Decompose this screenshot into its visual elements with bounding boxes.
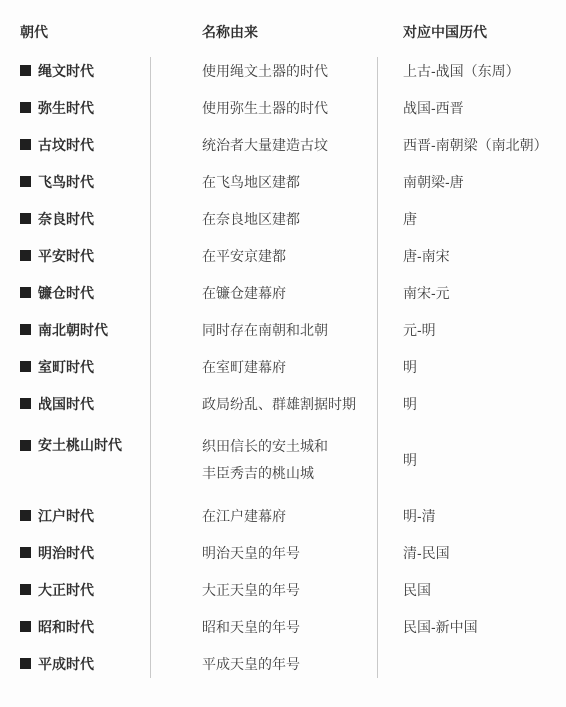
- origin-cell: 在江户建幕府: [150, 506, 377, 526]
- table-row: 平成时代 平成天皇的年号: [0, 645, 566, 682]
- column-divider-1: [150, 57, 151, 678]
- square-bullet-icon: [20, 510, 31, 521]
- era-label: 平成时代: [38, 654, 94, 674]
- china-cell: 清-民国: [377, 543, 566, 563]
- table-row: 室町时代 在室町建幕府 明: [0, 348, 566, 385]
- table-row: 绳文时代 使用绳文土器的时代 上古-战国（东周）: [0, 52, 566, 89]
- era-label: 战国时代: [38, 394, 94, 414]
- china-cell: 上古-战国（东周）: [377, 61, 566, 81]
- era-label: 绳文时代: [38, 61, 94, 81]
- origin-cell: 使用绳文土器的时代: [150, 61, 377, 81]
- era-cell: 大正时代: [0, 580, 150, 600]
- era-label: 镰仓时代: [38, 283, 94, 303]
- era-cell: 室町时代: [0, 357, 150, 377]
- china-cell: 南朝梁-唐: [377, 172, 566, 192]
- square-bullet-icon: [20, 176, 31, 187]
- china-cell: 唐: [377, 209, 566, 229]
- origin-cell: 在奈良地区建都: [150, 209, 377, 229]
- era-label: 室町时代: [38, 357, 94, 377]
- era-cell: 江户时代: [0, 506, 150, 526]
- header-name-origin: 名称由来: [150, 22, 377, 42]
- table-row: 昭和时代 昭和天皇的年号 民国-新中国: [0, 608, 566, 645]
- square-bullet-icon: [20, 139, 31, 150]
- square-bullet-icon: [20, 287, 31, 298]
- origin-line: 丰臣秀吉的桃山城: [202, 460, 377, 487]
- table-row: 古坟时代 统治者大量建造古坟 西晋-南朝梁（南北朝）: [0, 126, 566, 163]
- era-label: 古坟时代: [38, 135, 94, 155]
- table-row: 明治时代 明治天皇的年号 清-民国: [0, 534, 566, 571]
- square-bullet-icon: [20, 658, 31, 669]
- era-label: 大正时代: [38, 580, 94, 600]
- square-bullet-icon: [20, 584, 31, 595]
- era-cell: 古坟时代: [0, 135, 150, 155]
- era-cell: 南北朝时代: [0, 320, 150, 340]
- column-divider-2: [377, 57, 378, 678]
- origin-cell: 使用弥生土器的时代: [150, 98, 377, 118]
- table-row: 安土桃山时代 织田信长的安土城和丰臣秀吉的桃山城 明: [0, 422, 566, 497]
- table-row: 江户时代 在江户建幕府 明-清: [0, 497, 566, 534]
- square-bullet-icon: [20, 324, 31, 335]
- square-bullet-icon: [20, 250, 31, 261]
- era-label: 飞鸟时代: [38, 172, 94, 192]
- origin-cell: 大正天皇的年号: [150, 580, 377, 600]
- origin-cell: 明治天皇的年号: [150, 543, 377, 563]
- origin-line: 织田信长的安土城和: [202, 433, 377, 460]
- square-bullet-icon: [20, 361, 31, 372]
- origin-cell: 昭和天皇的年号: [150, 617, 377, 637]
- era-cell: 绳文时代: [0, 61, 150, 81]
- origin-cell: 在飞鸟地区建都: [150, 172, 377, 192]
- china-cell: 明: [377, 450, 566, 470]
- origin-cell: 同时存在南朝和北朝: [150, 320, 377, 340]
- era-label: 江户时代: [38, 506, 94, 526]
- era-label: 昭和时代: [38, 617, 94, 637]
- origin-cell: 政局纷乱、群雄割据时期: [150, 394, 377, 414]
- era-cell: 平成时代: [0, 654, 150, 674]
- china-cell: 明: [377, 357, 566, 377]
- china-cell: 西晋-南朝梁（南北朝）: [377, 135, 566, 155]
- table-header-row: 朝代 名称由来 对应中国历代: [0, 12, 566, 52]
- origin-cell: 织田信长的安土城和丰臣秀吉的桃山城: [150, 433, 377, 487]
- origin-cell: 平成天皇的年号: [150, 654, 377, 674]
- square-bullet-icon: [20, 547, 31, 558]
- china-cell: 民国-新中国: [377, 617, 566, 637]
- china-cell: 元-明: [377, 320, 566, 340]
- era-cell: 奈良时代: [0, 209, 150, 229]
- table-row: 战国时代 政局纷乱、群雄割据时期 明: [0, 385, 566, 422]
- square-bullet-icon: [20, 65, 31, 76]
- table-row: 大正时代 大正天皇的年号 民国: [0, 571, 566, 608]
- origin-cell: 在平安京建都: [150, 246, 377, 266]
- square-bullet-icon: [20, 440, 31, 451]
- era-cell: 飞鸟时代: [0, 172, 150, 192]
- era-cell: 昭和时代: [0, 617, 150, 637]
- era-cell: 战国时代: [0, 394, 150, 414]
- era-cell: 明治时代: [0, 543, 150, 563]
- china-cell: 南宋-元: [377, 283, 566, 303]
- origin-cell: 在室町建幕府: [150, 357, 377, 377]
- china-cell: 明-清: [377, 506, 566, 526]
- table-row: 飞鸟时代 在飞鸟地区建都 南朝梁-唐: [0, 163, 566, 200]
- table-row: 弥生时代 使用弥生土器的时代 战国-西晋: [0, 89, 566, 126]
- china-cell: 唐-南宋: [377, 246, 566, 266]
- era-cell: 弥生时代: [0, 98, 150, 118]
- origin-cell: 统治者大量建造古坟: [150, 135, 377, 155]
- china-cell: 战国-西晋: [377, 98, 566, 118]
- square-bullet-icon: [20, 621, 31, 632]
- era-label: 奈良时代: [38, 209, 94, 229]
- china-cell: 民国: [377, 580, 566, 600]
- table-row: 南北朝时代 同时存在南朝和北朝 元-明: [0, 311, 566, 348]
- era-label: 安土桃山时代: [38, 435, 122, 455]
- square-bullet-icon: [20, 213, 31, 224]
- table-body: 绳文时代 使用绳文土器的时代 上古-战国（东周） 弥生时代 使用弥生土器的时代 …: [0, 52, 566, 682]
- era-cell: 平安时代: [0, 246, 150, 266]
- table-row: 镰仓时代 在镰仓建幕府 南宋-元: [0, 274, 566, 311]
- header-dynasty: 朝代: [0, 22, 150, 42]
- header-corresponding-china: 对应中国历代: [377, 22, 566, 42]
- origin-cell: 在镰仓建幕府: [150, 283, 377, 303]
- japanese-era-table-page: 朝代 名称由来 对应中国历代 绳文时代 使用绳文土器的时代 上古-战国（东周） …: [0, 0, 566, 707]
- table-row: 奈良时代 在奈良地区建都 唐: [0, 200, 566, 237]
- table-row: 平安时代 在平安京建都 唐-南宋: [0, 237, 566, 274]
- china-cell: 明: [377, 394, 566, 414]
- square-bullet-icon: [20, 398, 31, 409]
- era-label: 弥生时代: [38, 98, 94, 118]
- era-label: 明治时代: [38, 543, 94, 563]
- square-bullet-icon: [20, 102, 31, 113]
- era-cell: 安土桃山时代: [0, 435, 150, 455]
- era-cell: 镰仓时代: [0, 283, 150, 303]
- era-label: 南北朝时代: [38, 320, 108, 340]
- era-label: 平安时代: [38, 246, 94, 266]
